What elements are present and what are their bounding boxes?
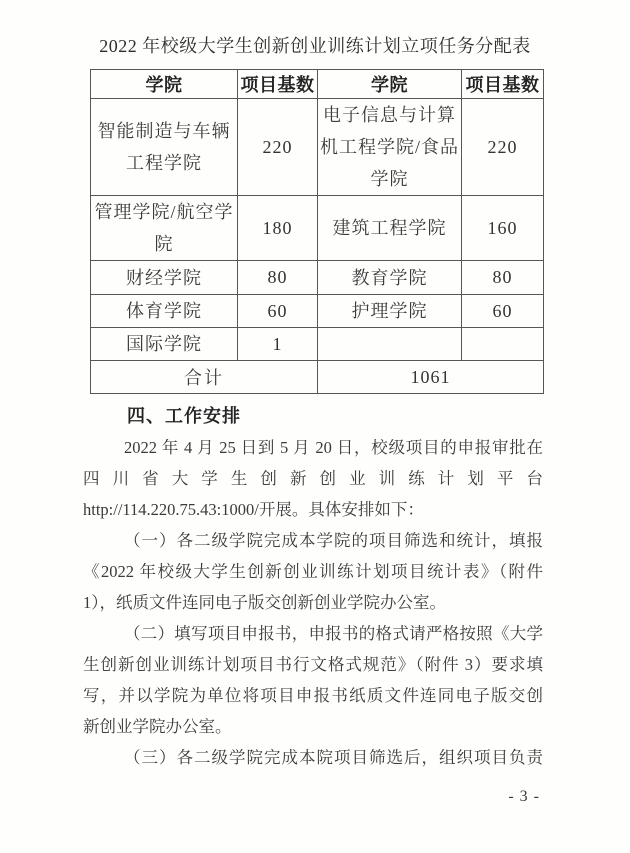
table-row: 财经学院 80 教育学院 80 <box>91 261 544 295</box>
base-count-cell-empty <box>462 328 544 361</box>
base-count-cell: 160 <box>462 196 544 261</box>
college-cell: 护理学院 <box>318 295 462 328</box>
text-line-with-url: http://114.220.75.43:1000/开展。具体安排如下： <box>83 494 543 525</box>
college-cell-empty <box>318 328 462 361</box>
base-count-cell: 220 <box>462 99 544 196</box>
text-line: 2022 年 4 月 25 日到 5 月 20 日，校级项目的申报审批在 <box>83 432 543 463</box>
college-cell: 教育学院 <box>318 261 462 295</box>
header-base-left: 项目基数 <box>238 70 318 99</box>
total-label-cell: 合计 <box>91 361 318 394</box>
text-line: 新创业学院办公室。 <box>83 711 543 742</box>
text-line: 四川省大学生创新创业训练计划平台 <box>83 463 543 494</box>
college-cell: 财经学院 <box>91 261 238 295</box>
college-cell: 智能制造与车辆工程学院 <box>91 99 238 196</box>
table-total-row: 合计 1061 <box>91 361 544 394</box>
table-row: 管理学院/航空学院 180 建筑工程学院 160 <box>91 196 544 261</box>
paragraph-item-3: （三）各二级学院完成本院项目筛选后，组织项目负责 <box>83 742 543 773</box>
base-count-cell: 80 <box>462 261 544 295</box>
table-row: 国际学院 1 <box>91 328 544 361</box>
college-cell: 建筑工程学院 <box>318 196 462 261</box>
table-title: 2022 年校级大学生创新创业训练计划立项任务分配表 <box>0 0 630 59</box>
header-college-right: 学院 <box>318 70 462 99</box>
base-count-cell: 1 <box>238 328 318 361</box>
text-line: （一）各二级学院完成本学院的项目筛选和统计，填报 <box>83 525 543 556</box>
text-line: 写，并以学院为单位将项目申报书纸质文件连同电子版交创 <box>83 680 543 711</box>
section-heading: 四、工作安排 <box>83 401 543 432</box>
base-count-cell: 220 <box>238 99 318 196</box>
text-line: 《2022 年校级大学生创新创业训练计划项目统计表》（附件 <box>83 556 543 587</box>
base-count-cell: 60 <box>238 295 318 328</box>
college-cell: 管理学院/航空学院 <box>91 196 238 261</box>
text-line: （二）填写项目申报书，申报书的格式请严格按照《大学 <box>83 618 543 649</box>
table-row: 体育学院 60 护理学院 60 <box>91 295 544 328</box>
table-header-row: 学院 项目基数 学院 项目基数 <box>91 70 544 99</box>
total-value-cell: 1061 <box>318 361 544 394</box>
paragraph-intro: 2022 年 4 月 25 日到 5 月 20 日，校级项目的申报审批在 四川省… <box>83 432 543 525</box>
college-cell: 电子信息与计算机工程学院/食品学院 <box>318 99 462 196</box>
paragraph-item-2: （二）填写项目申报书，申报书的格式请严格按照《大学 生创新创业训练计划项目书行文… <box>83 618 543 742</box>
college-cell: 国际学院 <box>91 328 238 361</box>
text-line: 1），纸质文件连同电子版交创新创业学院办公室。 <box>83 587 543 618</box>
scanned-document-page: 2022 年校级大学生创新创业训练计划立项任务分配表 学院 项目基数 学院 项目… <box>0 0 630 853</box>
text-line: 生创新创业训练计划项目书行文格式规范》（附件 3）要求填 <box>83 649 543 680</box>
allocation-table: 学院 项目基数 学院 项目基数 智能制造与车辆工程学院 220 电子信息与计算机… <box>90 69 544 394</box>
base-count-cell: 60 <box>462 295 544 328</box>
header-base-right: 项目基数 <box>462 70 544 99</box>
work-arrangement-section: 四、工作安排 2022 年 4 月 25 日到 5 月 20 日，校级项目的申报… <box>0 401 543 773</box>
text-line: （三）各二级学院完成本院项目筛选后，组织项目负责 <box>83 742 543 773</box>
header-college-left: 学院 <box>91 70 238 99</box>
college-cell: 体育学院 <box>91 295 238 328</box>
table-row: 智能制造与车辆工程学院 220 电子信息与计算机工程学院/食品学院 220 <box>91 99 544 196</box>
base-count-cell: 180 <box>238 196 318 261</box>
paragraph-item-1: （一）各二级学院完成本学院的项目筛选和统计，填报 《2022 年校级大学生创新创… <box>83 525 543 618</box>
page-number: - 3 - <box>0 788 630 806</box>
base-count-cell: 80 <box>238 261 318 295</box>
